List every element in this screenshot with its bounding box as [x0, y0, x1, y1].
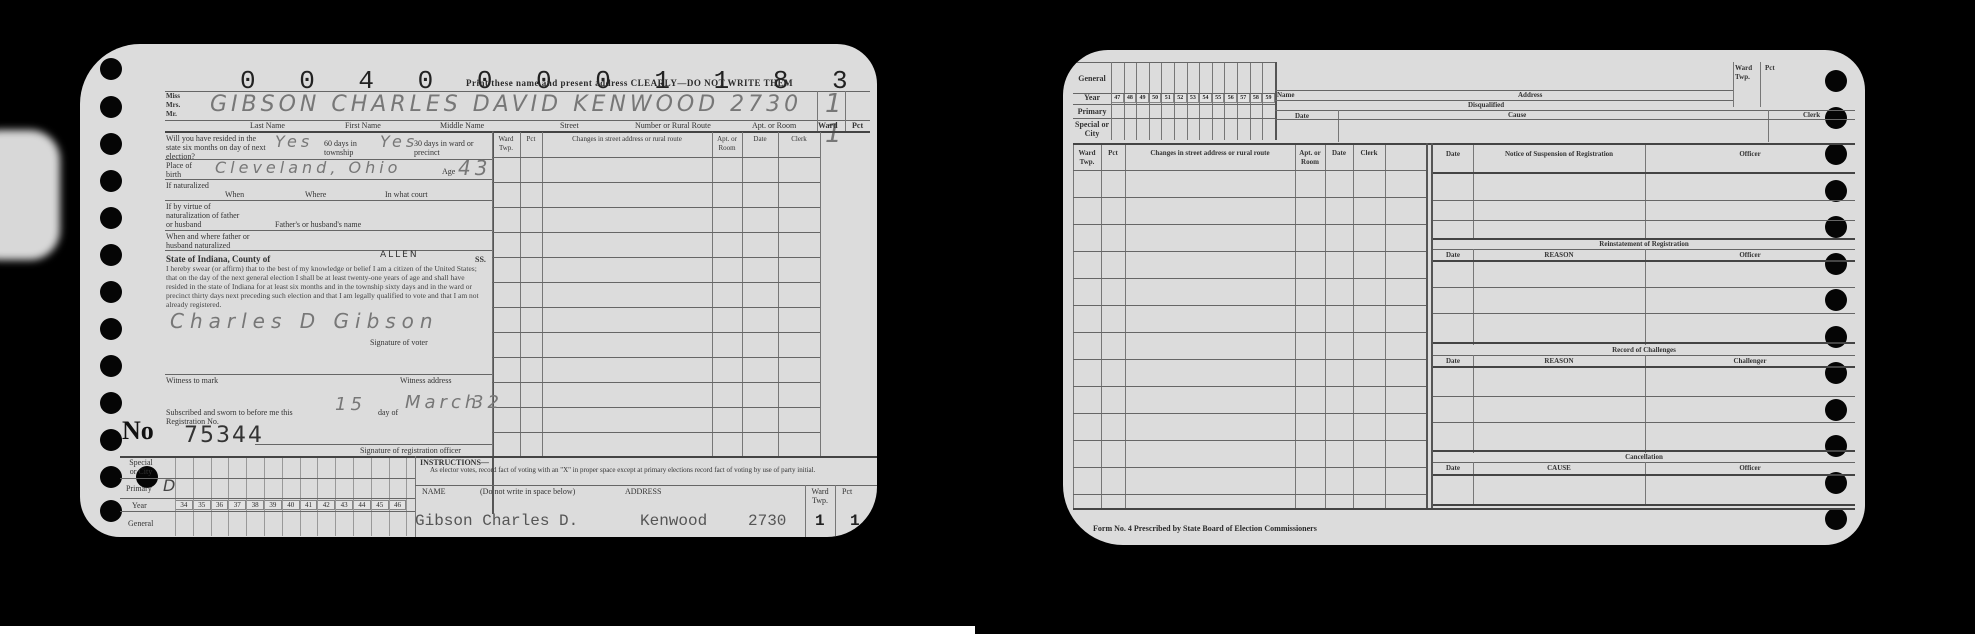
table-row-line	[492, 432, 820, 433]
table-row-line	[1073, 332, 1426, 333]
punch-hole	[100, 392, 122, 414]
divider	[1237, 62, 1238, 140]
divider	[1433, 355, 1855, 356]
divider	[120, 478, 415, 479]
table-row-line	[492, 157, 820, 158]
year-cell: 44	[353, 500, 371, 510]
row-label-special: Special or City	[126, 458, 156, 476]
voter-signature-label: Signature of voter	[370, 338, 428, 347]
table-row-line	[1073, 359, 1426, 360]
column-header: Date	[1433, 464, 1473, 473]
table-row-line	[492, 282, 820, 283]
year-cell: 37	[228, 500, 246, 510]
registration-number: 75344	[184, 423, 264, 448]
divider	[1224, 62, 1225, 140]
divider	[1645, 145, 1646, 240]
divider	[120, 511, 415, 512]
label-apt: Apt. or Room	[752, 121, 796, 130]
column-header: Officer	[1645, 464, 1855, 473]
divider	[1073, 508, 1855, 510]
row-label-general: General	[128, 519, 153, 528]
punch-hole	[100, 133, 122, 155]
disqualified-label: Disqualified	[1468, 101, 1504, 110]
table-row-line	[1073, 197, 1426, 198]
divider	[1275, 62, 1277, 140]
divider	[1473, 462, 1474, 504]
divider	[282, 458, 283, 536]
instr-address-col: ADDRESS	[625, 487, 661, 496]
divider	[165, 200, 492, 201]
divider	[1645, 462, 1646, 504]
divider	[1250, 62, 1251, 140]
divider	[1426, 143, 1428, 508]
label-middle-name: Middle Name	[440, 121, 484, 130]
form-footer: Form No. 4 Prescribed by State Board of …	[1093, 524, 1317, 533]
divider	[1073, 93, 1275, 94]
year-cell: 58	[1250, 93, 1263, 103]
column-header: Ward Twp.	[1074, 149, 1100, 167]
residence-60-days: 60 days in township	[324, 139, 384, 157]
divider	[1385, 145, 1386, 508]
witness-address-label: Witness address	[400, 376, 451, 385]
divider	[1262, 62, 1263, 140]
divider	[1733, 62, 1734, 107]
punch-hole	[100, 355, 122, 377]
divider	[1073, 145, 1074, 508]
divider	[1149, 62, 1150, 140]
year-cell: 57	[1237, 93, 1250, 103]
column-header: Pct	[521, 135, 541, 144]
table-row-line	[492, 357, 820, 358]
year-cell: 50	[1149, 93, 1162, 103]
instr-pct-col: Pct	[842, 487, 852, 496]
column-header: Date	[743, 135, 777, 144]
divider	[1473, 249, 1474, 345]
table-row-line	[1073, 224, 1426, 225]
punch-hole	[100, 58, 122, 80]
year-cell: 38	[246, 500, 264, 510]
sworn-day: 15	[335, 394, 366, 415]
year-cell: 41	[300, 500, 318, 510]
row-label-special: Special or City	[1073, 120, 1111, 138]
divider	[1275, 90, 1733, 91]
table-row-line	[492, 307, 820, 308]
divider	[1433, 172, 1855, 174]
divider	[1433, 450, 1855, 452]
table-row-line	[1073, 386, 1426, 387]
column-header: Officer	[1645, 150, 1855, 159]
state-label: State of Indiana, County of	[166, 255, 270, 264]
divider	[211, 458, 212, 536]
header-note: Print these name and present address CLE…	[466, 78, 793, 88]
divider	[1433, 474, 1855, 476]
divider	[1645, 355, 1646, 453]
divider	[175, 458, 176, 536]
divider	[1295, 145, 1296, 508]
year-cell: 47	[1111, 93, 1124, 103]
label-street: Street	[560, 121, 579, 130]
divider	[1199, 62, 1200, 140]
row-label-year: Year	[132, 501, 147, 510]
punch-hole	[1825, 399, 1847, 421]
divider	[228, 458, 229, 536]
divider	[255, 444, 492, 445]
divider	[1174, 62, 1175, 140]
father-name-label: Father's or husband's name	[275, 220, 361, 229]
column-header: Challenger	[1645, 357, 1855, 366]
divider	[1433, 287, 1855, 288]
punch-hole	[1825, 70, 1847, 92]
divider	[389, 458, 390, 536]
sworn-month: March	[405, 392, 480, 413]
scanner-artifact	[0, 130, 60, 260]
divider	[1768, 110, 1769, 142]
divider	[353, 458, 354, 536]
divider	[415, 485, 877, 486]
column-header: REASON	[1473, 357, 1645, 366]
divider	[165, 179, 492, 180]
punch-hole	[100, 244, 122, 266]
table-row-line	[492, 332, 820, 333]
row-label-primary: Primary	[1073, 107, 1111, 116]
registration-card-back: General Year Primary Special or City 474…	[1063, 50, 1865, 545]
punch-hole	[1825, 326, 1847, 348]
divider	[1353, 145, 1354, 508]
voter-signature: Charles D Gibson	[170, 309, 439, 333]
punch-hole	[100, 170, 122, 192]
punch-hole	[1825, 508, 1847, 530]
year-cell: 46	[389, 500, 407, 510]
naturalized-where: Where	[305, 190, 326, 199]
column-header: Apt. or Room	[1296, 149, 1324, 167]
divider	[1073, 62, 1275, 63]
place-of-birth-label: Place of birth	[166, 161, 206, 179]
typed-ward: 1	[815, 512, 825, 530]
punch-hole	[100, 281, 122, 303]
divider	[1433, 260, 1855, 262]
registration-card-front: 0 0 4 0 0 0 0 1 1 8 3 Print these name a…	[80, 44, 877, 537]
year-cell: 34	[175, 500, 193, 510]
divider	[193, 458, 194, 536]
table-row-line	[1073, 494, 1426, 495]
place-of-birth-value: Cleveland, Ohio	[215, 158, 401, 177]
section-title: Cancellation	[1433, 453, 1855, 462]
typed-number: 2730	[748, 512, 786, 530]
column-header: Apt. or Room	[713, 135, 741, 153]
label-ward: Ward	[818, 121, 838, 130]
divider	[1433, 342, 1855, 344]
pct-label: Pct	[1765, 64, 1775, 73]
punch-hole	[1825, 180, 1847, 202]
county-value: ALLEN	[380, 251, 419, 260]
column-header: CAUSE	[1473, 464, 1645, 473]
oath-text: I hereby swear (or affirm) that to the b…	[166, 264, 488, 309]
row-label-primary: Primary	[126, 484, 152, 493]
table-row-line	[492, 382, 820, 383]
divider	[817, 91, 818, 131]
divider	[1101, 145, 1102, 508]
registration-symbol: No	[122, 416, 154, 446]
residence-answer: Yes	[275, 132, 313, 151]
address-label: Address	[1518, 91, 1542, 100]
punch-hole	[100, 96, 122, 118]
scan-edge	[0, 626, 975, 634]
punch-hole	[100, 466, 122, 488]
table-row-line	[1073, 251, 1426, 252]
column-header: Changes in street address or rural route	[543, 135, 711, 144]
divider	[805, 485, 806, 537]
instr-name-col: NAME	[422, 487, 446, 496]
divider	[1073, 143, 1855, 145]
witness-label: Witness to mark	[166, 376, 218, 385]
age-label: Age	[442, 167, 455, 176]
label-pct: Pct	[852, 121, 863, 130]
label-first-name: First Name	[345, 121, 381, 130]
instr-do-not-write: (Do not write in space below)	[480, 487, 575, 496]
divider	[1325, 145, 1326, 508]
year-cell: 52	[1174, 93, 1187, 103]
divider	[1433, 396, 1855, 397]
row-label-year: Year	[1073, 93, 1111, 102]
typed-street: Kenwood	[640, 512, 707, 530]
divider	[1161, 62, 1162, 140]
divider	[335, 458, 336, 536]
divider	[1433, 366, 1855, 368]
naturalized-when: When	[225, 190, 244, 199]
column-header: REASON	[1473, 251, 1645, 260]
naturalized-label: If naturalized	[166, 181, 216, 190]
table-row-line	[1073, 305, 1426, 306]
divider	[1275, 119, 1855, 120]
table-row-line	[1073, 467, 1426, 468]
column-header: Date	[1433, 150, 1473, 159]
father-where-label: When and where father or husband natural…	[166, 232, 266, 250]
divider	[1433, 249, 1855, 250]
instr-ward-col: Ward Twp.	[807, 487, 833, 505]
divider	[165, 230, 492, 231]
divider	[835, 485, 836, 537]
divider	[264, 458, 265, 536]
year-cell: 49	[1136, 93, 1149, 103]
divider	[1645, 249, 1646, 345]
officer-signature-label: Signature of registration officer	[360, 446, 461, 455]
voter-name-handwritten: GIBSON CHARLES DAVID KENWOOD 2730	[210, 92, 802, 117]
year-cell: 56	[1224, 93, 1237, 103]
table-row-line	[1073, 440, 1426, 441]
divider	[406, 458, 407, 536]
divider	[317, 458, 318, 536]
divider	[1338, 110, 1339, 142]
divider	[845, 91, 846, 131]
divider	[820, 132, 821, 456]
table-row-line	[492, 407, 820, 408]
table-row-line	[492, 207, 820, 208]
table-row-line	[1073, 278, 1426, 279]
punch-hole	[100, 207, 122, 229]
ward-label: Ward Twp.	[1735, 64, 1759, 82]
column-header: Pct	[1102, 149, 1124, 158]
year-cell: 35	[193, 500, 211, 510]
table-row-line	[492, 257, 820, 258]
punch-hole	[100, 429, 122, 451]
row-label-general: General	[1073, 74, 1111, 83]
year-cell: 40	[282, 500, 300, 510]
column-header: Date	[1433, 357, 1473, 366]
punch-hole	[1825, 289, 1847, 311]
column-header: Clerk	[1354, 149, 1384, 158]
year-cell: 43	[335, 500, 353, 510]
day-of-label: day of	[378, 408, 398, 417]
divider	[120, 456, 877, 458]
table-row-line	[1073, 413, 1426, 414]
column-header: Date	[1433, 251, 1473, 260]
year-cell: 54	[1199, 93, 1212, 103]
divider	[165, 250, 492, 251]
year-cell: 36	[211, 500, 229, 510]
ward-pct-handwritten: 1 1	[825, 89, 877, 149]
divider	[1433, 313, 1855, 314]
divider	[1073, 104, 1275, 105]
divider	[1124, 62, 1125, 140]
instructions-text: As elector votes, record fact of voting …	[430, 466, 860, 475]
ss-label: SS.	[475, 255, 486, 264]
divider	[1433, 220, 1855, 221]
year-cell: 51	[1161, 93, 1174, 103]
year-cell: 39	[264, 500, 282, 510]
divider	[1136, 62, 1137, 140]
naturalized-court: In what court	[385, 190, 428, 199]
divider	[1473, 355, 1474, 453]
divider	[165, 374, 492, 375]
residence-30-days: 30 days in ward or precinct	[414, 139, 484, 157]
divider	[1073, 118, 1275, 119]
year-cell: 48	[1124, 93, 1137, 103]
sworn-year: 32	[472, 392, 503, 413]
column-header: Notice of Suspension of Registration	[1473, 150, 1645, 159]
year-cell: 42	[317, 500, 335, 510]
typed-name: Gibson Charles D.	[415, 512, 578, 530]
column-header: Clerk	[779, 135, 819, 144]
divider	[1433, 462, 1855, 463]
year-cell: 45	[371, 500, 389, 510]
divider	[300, 458, 301, 536]
divider	[1212, 62, 1213, 140]
divider	[1760, 62, 1761, 107]
virtue-label: If by virtue of naturalization of father…	[166, 202, 241, 229]
divider	[1433, 422, 1855, 423]
typed-pct: 1	[850, 512, 860, 530]
divider	[165, 131, 870, 133]
column-header: Ward Twp.	[493, 135, 519, 153]
residence-question: Will you have resided in the state six m…	[166, 134, 271, 161]
divider	[1473, 145, 1474, 240]
column-header: Changes in street address or rural route	[1126, 149, 1294, 158]
punch-hole	[100, 318, 122, 340]
age-value: 43	[458, 156, 491, 180]
table-row-line	[492, 232, 820, 233]
divider	[1433, 504, 1855, 506]
divider	[1125, 145, 1126, 508]
year-cell: 55	[1212, 93, 1225, 103]
year-cell: 53	[1187, 93, 1200, 103]
name-prefix: MissMrs.Mr.	[166, 92, 190, 119]
divider	[1187, 62, 1188, 140]
year-cell: 59	[1262, 93, 1275, 103]
label-number: Number or Rural Route	[635, 121, 711, 130]
sworn-label: Subscribed and sworn to before me this	[166, 408, 293, 417]
label-last-name: Last Name	[250, 121, 285, 130]
divider	[246, 458, 247, 536]
divider	[371, 458, 372, 536]
section-title: Reinstatement of Registration	[1433, 240, 1855, 249]
table-row-line	[1073, 170, 1426, 171]
divider	[1111, 62, 1112, 140]
divider	[120, 498, 415, 499]
column-header: Date	[1326, 149, 1352, 158]
divider	[1433, 200, 1855, 201]
residence-60-answer: Yes	[380, 132, 418, 151]
punch-hole	[100, 500, 122, 522]
section-title: Record of Challenges	[1433, 346, 1855, 355]
name-label: Name	[1277, 91, 1295, 100]
table-row-line	[492, 182, 820, 183]
column-header: Officer	[1645, 251, 1855, 260]
